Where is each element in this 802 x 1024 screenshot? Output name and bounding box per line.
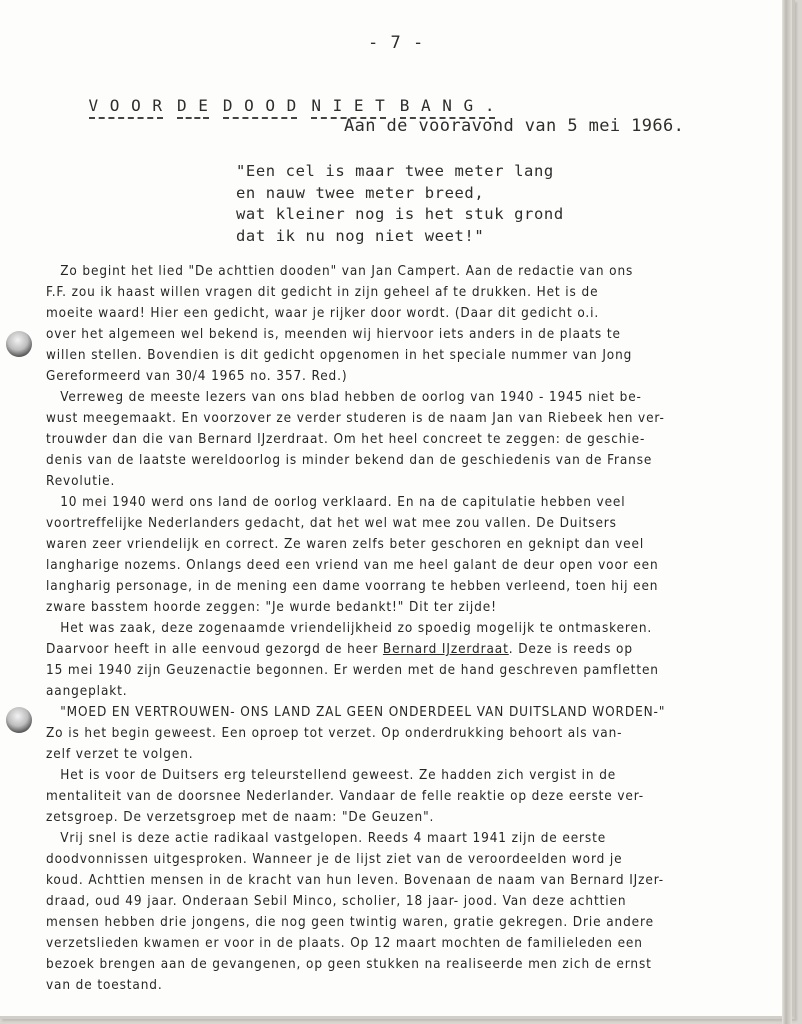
body-line: koud. Achttien mensen in de kracht van h… xyxy=(46,870,759,891)
body-line: over het algemeen wel bekend is, meenden… xyxy=(46,324,759,345)
page-number: - 7 - xyxy=(368,33,424,53)
body-line: 15 mei 1940 zijn Geuzenactie begonnen. E… xyxy=(46,660,759,681)
body-line: waren zeer vriendelijk en correct. Ze wa… xyxy=(46,534,759,555)
document-page: - 7 - V O O RD ED O O DN I E TB A N G . … xyxy=(0,0,795,1019)
body-line: willen stellen. Bovendien is dit gedicht… xyxy=(46,345,759,366)
body-line: Zo begint het lied "De achttien dooden" … xyxy=(46,261,759,282)
body-line: mentaliteit van de doorsnee Nederlander.… xyxy=(46,786,759,807)
dateline: Aan de vooravond van 5 mei 1966. xyxy=(344,116,684,136)
article-body: Zo begint het lied "De achttien dooden" … xyxy=(46,261,759,996)
body-line: aangeplakt. xyxy=(46,681,759,702)
poem-line: dat ik nu nog niet weet!" xyxy=(236,226,564,248)
title-word: V O O R xyxy=(89,96,163,119)
body-line: Verreweg de meeste lezers van ons blad h… xyxy=(46,387,759,408)
title-word: D E xyxy=(177,96,209,119)
body-line: Het is voor de Duitsers erg teleurstelle… xyxy=(46,765,759,786)
body-line: Vrij snel is deze actie radikaal vastgel… xyxy=(46,828,759,849)
underlined-name: Bernard IJzerdraat xyxy=(383,641,509,657)
body-line: trouwder dan die van Bernard IJzerdraat.… xyxy=(46,429,759,450)
body-line: Zo is het begin geweest. Een oproep tot … xyxy=(46,723,759,744)
body-line: voortreffelijke Nederlanders gedacht, da… xyxy=(46,513,759,534)
body-line: draad, oud 49 jaar. Onderaan Sebil Minco… xyxy=(46,891,759,912)
body-line: doodvonnissen uitgesproken. Wanneer je d… xyxy=(46,849,759,870)
body-line: van de toestand. xyxy=(46,975,759,996)
binder-hole-icon xyxy=(6,707,32,733)
body-line: Gereformeerd van 30/4 1965 no. 357. Red.… xyxy=(46,366,759,387)
body-line: zelf verzet te volgen. xyxy=(46,744,759,765)
body-line: denis van de laatste wereldoorlog is min… xyxy=(46,450,759,471)
body-line: langharige nozems. Onlangs deed een vrie… xyxy=(46,555,759,576)
body-line: F.F. zou ik haast willen vragen dit gedi… xyxy=(46,282,759,303)
body-line: mensen hebben drie jongens, die nog geen… xyxy=(46,912,759,933)
poem-line: "Een cel is maar twee meter lang xyxy=(236,161,564,183)
poem-line: en nauw twee meter breed, xyxy=(236,183,564,205)
body-line: Revolutie. xyxy=(46,471,759,492)
page-edge xyxy=(782,0,792,1024)
body-line: Het was zaak, deze zogenaamde vriendelij… xyxy=(46,618,759,639)
title-word: D O O D xyxy=(223,96,297,119)
poem-line: wat kleiner nog is het stuk grond xyxy=(236,204,564,226)
body-line: "MOED EN VERTROUWEN- ONS LAND ZAL GEEN O… xyxy=(46,702,759,723)
body-line: verzetslieden kwamen er voor in de plaat… xyxy=(46,933,759,954)
body-line: Daarvoor heeft in alle eenvoud gezorgd d… xyxy=(46,639,759,660)
body-line: zware basstem hoorde zeggen: "Je wurde b… xyxy=(46,597,759,618)
body-line: zetsgroep. De verzetsgroep met de naam: … xyxy=(46,807,759,828)
body-line: 10 mei 1940 werd ons land de oorlog verk… xyxy=(46,492,759,513)
body-line: moeite waard! Hier een gedicht, waar je … xyxy=(46,303,759,324)
body-line: bezoek brengen aan de gevangenen, op gee… xyxy=(46,954,759,975)
body-line: langharig personage, in de mening een da… xyxy=(46,576,759,597)
poem-quote: "Een cel is maar twee meter lang en nauw… xyxy=(236,161,564,247)
body-line: wust meegemaakt. En voorzover ze verder … xyxy=(46,408,759,429)
binder-hole-icon xyxy=(6,331,32,357)
